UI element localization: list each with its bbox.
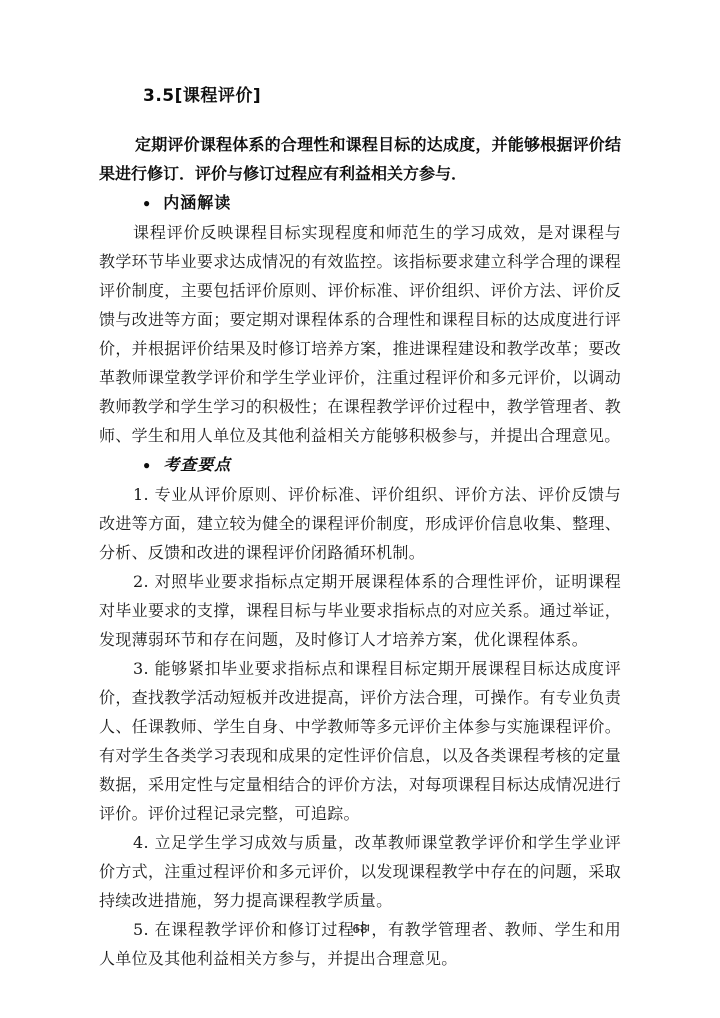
subheading-key-points-label: 考查要点 xyxy=(163,455,231,474)
document-page: 3.5[课程评价] 定期评价课程体系的合理性和课程目标的达成度，并能够根据评价结… xyxy=(0,0,720,1018)
subheading-connotation-label: 内涵解读 xyxy=(163,193,231,212)
page-content: 3.5[课程评价] 定期评价课程体系的合理性和课程目标的达成度，并能够根据评价结… xyxy=(99,84,621,973)
key-point-1: 1. 专业从评价原则、评价标准、评价组织、评价方法、评价反馈与改进等方面，建立较… xyxy=(99,480,621,567)
bullet-icon: ● xyxy=(143,451,150,480)
standard-statement: 定期评价课程体系的合理性和课程目标的达成度，并能够根据评价结果进行修订．评价与修… xyxy=(99,130,621,188)
subheading-connotation: ●内涵解读 xyxy=(99,188,621,218)
connotation-paragraph: 课程评价反映课程目标实现程度和师范生的学习成效，是对课程与教学环节毕业要求达成情… xyxy=(99,218,621,450)
subheading-key-points: ●考查要点 xyxy=(99,450,621,480)
key-point-4: 4. 立足学生学习成效与质量，改革教师课堂教学评价和学生学业评价方式，注重过程评… xyxy=(99,828,621,915)
key-point-3: 3. 能够紧扣毕业要求指标点和课程目标定期开展课程目标达成度评价，查找教学活动短… xyxy=(99,654,621,828)
section-heading: 3.5[课程评价] xyxy=(99,84,621,108)
page-number: 68 xyxy=(0,922,720,936)
bullet-icon: ● xyxy=(143,189,150,218)
key-point-2: 2. 对照毕业要求指标点定期开展课程体系的合理性评价，证明课程对毕业要求的支撑，… xyxy=(99,567,621,654)
